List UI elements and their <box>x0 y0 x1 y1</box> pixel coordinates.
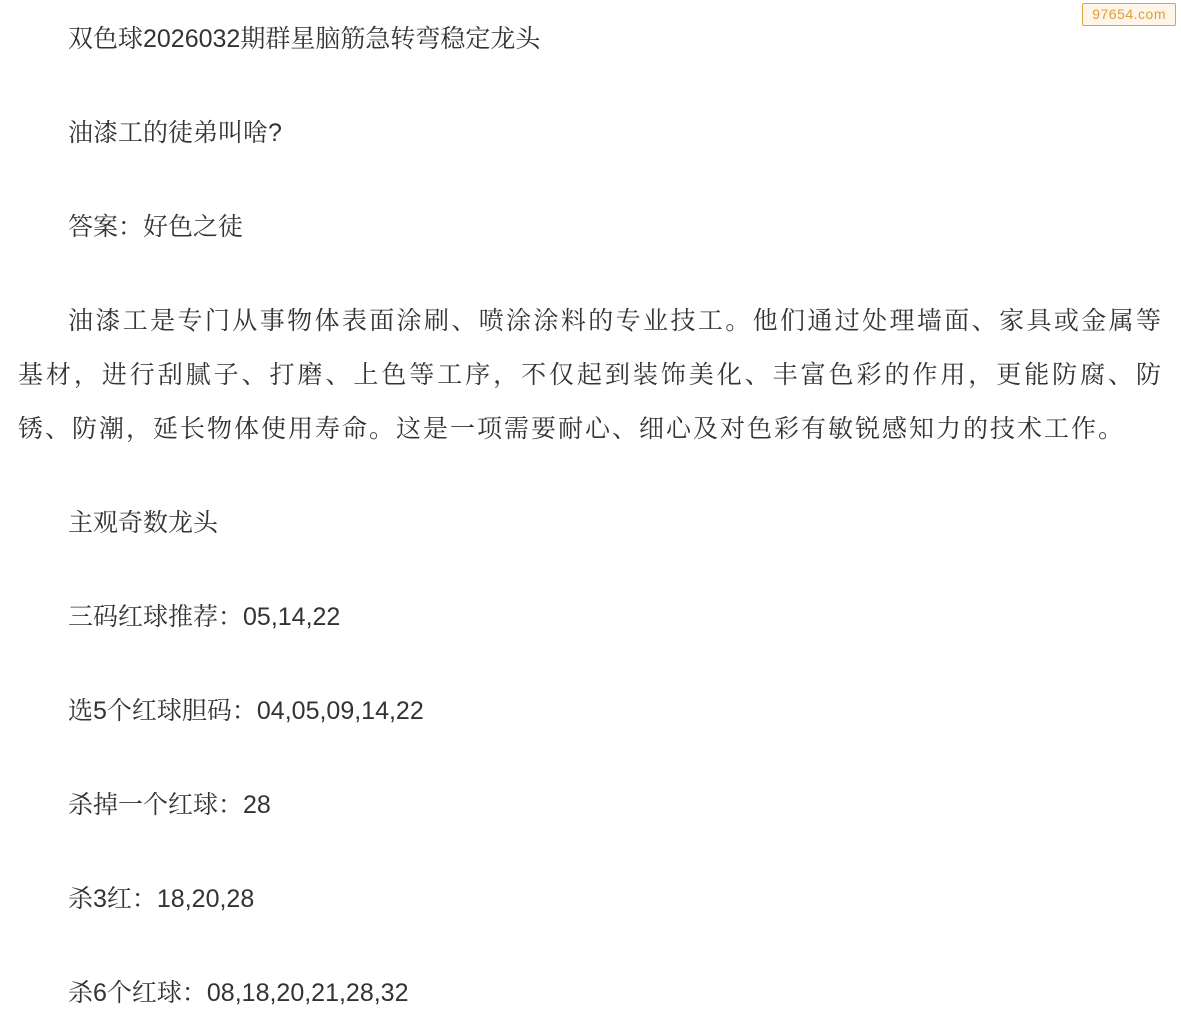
recommendation-value: 04,05,09,14,22 <box>257 697 424 725</box>
site-watermark-text: 97654.com <box>1092 6 1166 22</box>
riddle-question: 油漆工的徒弟叫啥? <box>18 106 1163 160</box>
site-watermark: 97654.com <box>1082 3 1176 26</box>
recommendation-row: 杀3红：18,20,28 <box>18 872 1163 926</box>
section-heading: 主观奇数龙头 <box>18 496 1163 550</box>
recommendation-label: 杀3红： <box>68 885 157 913</box>
recommendation-label: 三码红球推荐： <box>68 603 243 631</box>
recommendation-value: 28 <box>243 791 271 819</box>
recommendation-row: 三码红球推荐：05,14,22 <box>18 590 1163 644</box>
recommendation-label: 选5个红球胆码： <box>68 697 257 725</box>
article-page: 97654.com 双色球2026032期群星脑筋急转弯稳定龙头 油漆工的徒弟叫… <box>0 0 1181 1019</box>
recommendation-label: 杀掉一个红球： <box>68 791 243 819</box>
riddle-answer: 答案：好色之徒 <box>18 200 1163 254</box>
article-content: 双色球2026032期群星脑筋急转弯稳定龙头 油漆工的徒弟叫啥? 答案：好色之徒… <box>0 0 1181 1019</box>
recommendation-label: 杀6个红球： <box>68 979 207 1007</box>
recommendation-row: 选5个红球胆码：04,05,09,14,22 <box>18 684 1163 738</box>
article-title: 双色球2026032期群星脑筋急转弯稳定龙头 <box>18 12 1163 66</box>
recommendation-row: 杀6个红球：08,18,20,21,28,32 <box>18 966 1163 1019</box>
recommendation-row: 杀掉一个红球：28 <box>18 778 1163 832</box>
recommendation-value: 05,14,22 <box>243 603 340 631</box>
recommendation-value: 18,20,28 <box>157 885 254 913</box>
intro-paragraph: 油漆工是专门从事物体表面涂刷、喷涂涂料的专业技工。他们通过处理墙面、家具或金属等… <box>18 294 1163 456</box>
recommendation-value: 08,18,20,21,28,32 <box>207 979 409 1007</box>
